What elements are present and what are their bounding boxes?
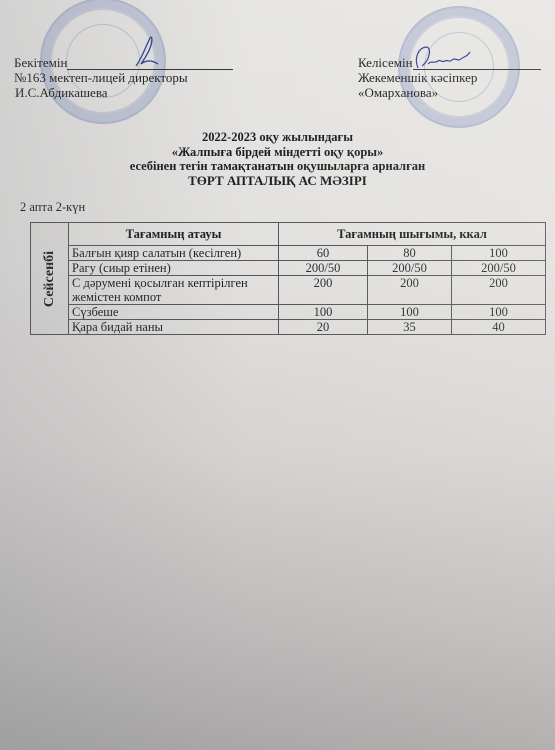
approval-block: Бекітемін №163 мектеп-лицей директоры И.… <box>14 55 233 100</box>
agreement-name: «Омарханова» <box>358 85 541 100</box>
dish-name: С дәрумені қосылған кептірілген жемістен… <box>69 276 279 305</box>
yield-value: 100 <box>368 305 452 320</box>
yield-value: 200/50 <box>368 261 452 276</box>
yield-value: 35 <box>368 320 452 335</box>
table-row: Балғын қияр салатын (кесілген) 60 80 100 <box>31 246 546 261</box>
day-cell: Сейсенбі <box>31 223 69 335</box>
day-name: Сейсенбі <box>43 250 57 306</box>
dish-name: Сүзбеше <box>69 305 279 320</box>
header-yield: Тағамның шығымы, ккал <box>279 223 546 246</box>
menu-table: Сейсенбі Тағамның атауы Тағамның шығымы,… <box>30 222 546 335</box>
table-row: Сүзбеше 100 100 100 <box>31 305 546 320</box>
yield-value: 200/50 <box>279 261 368 276</box>
table-row: Рагу (сиыр етінен) 200/50 200/50 200/50 <box>31 261 546 276</box>
dish-name: Қара бидай наны <box>69 320 279 335</box>
yield-value: 200 <box>452 276 546 305</box>
dish-name: Рагу (сиыр етінен) <box>69 261 279 276</box>
yield-value: 100 <box>452 305 546 320</box>
header-dish-name: Тағамның атауы <box>69 223 279 246</box>
yield-value: 100 <box>452 246 546 261</box>
agreement-signature-line <box>413 57 541 70</box>
yield-value: 200 <box>368 276 452 305</box>
yield-value: 100 <box>279 305 368 320</box>
title-line-2: «Жалпыға бірдей міндетті оқу қоры» <box>0 145 555 160</box>
table-row: С дәрумені қосылған кептірілген жемістен… <box>31 276 546 305</box>
dish-name: Балғын қияр салатын (кесілген) <box>69 246 279 261</box>
table-header-row: Сейсенбі Тағамның атауы Тағамның шығымы,… <box>31 223 546 246</box>
yield-value: 20 <box>279 320 368 335</box>
document-title: 2022-2023 оқу жылындағы «Жалпыға бірдей … <box>0 130 555 188</box>
table-row: Қара бидай наны 20 35 40 <box>31 320 546 335</box>
yield-value: 60 <box>279 246 368 261</box>
yield-value: 40 <box>452 320 546 335</box>
title-line-4: ТӨРТ АПТАЛЫҚ АС МӘЗІРІ <box>0 174 555 189</box>
approval-signature-line <box>67 57 233 70</box>
title-line-1: 2022-2023 оқу жылындағы <box>0 130 555 145</box>
approval-name: И.С.Абдикашева <box>14 85 233 100</box>
agreement-position: Жекеменшік кәсіпкер <box>358 70 541 85</box>
approval-label: Бекітемін <box>14 55 67 70</box>
yield-value: 80 <box>368 246 452 261</box>
yield-value: 200/50 <box>452 261 546 276</box>
approval-position: №163 мектеп-лицей директоры <box>14 70 233 85</box>
title-line-3: есебінен тегін тамақтанатын оқушыларға а… <box>0 159 555 174</box>
agreement-label: Келісемін <box>358 55 413 70</box>
week-day-label: 2 апта 2-күн <box>20 200 85 215</box>
yield-value: 200 <box>279 276 368 305</box>
agreement-block: Келісемін Жекеменшік кәсіпкер «Омарханов… <box>358 55 541 100</box>
